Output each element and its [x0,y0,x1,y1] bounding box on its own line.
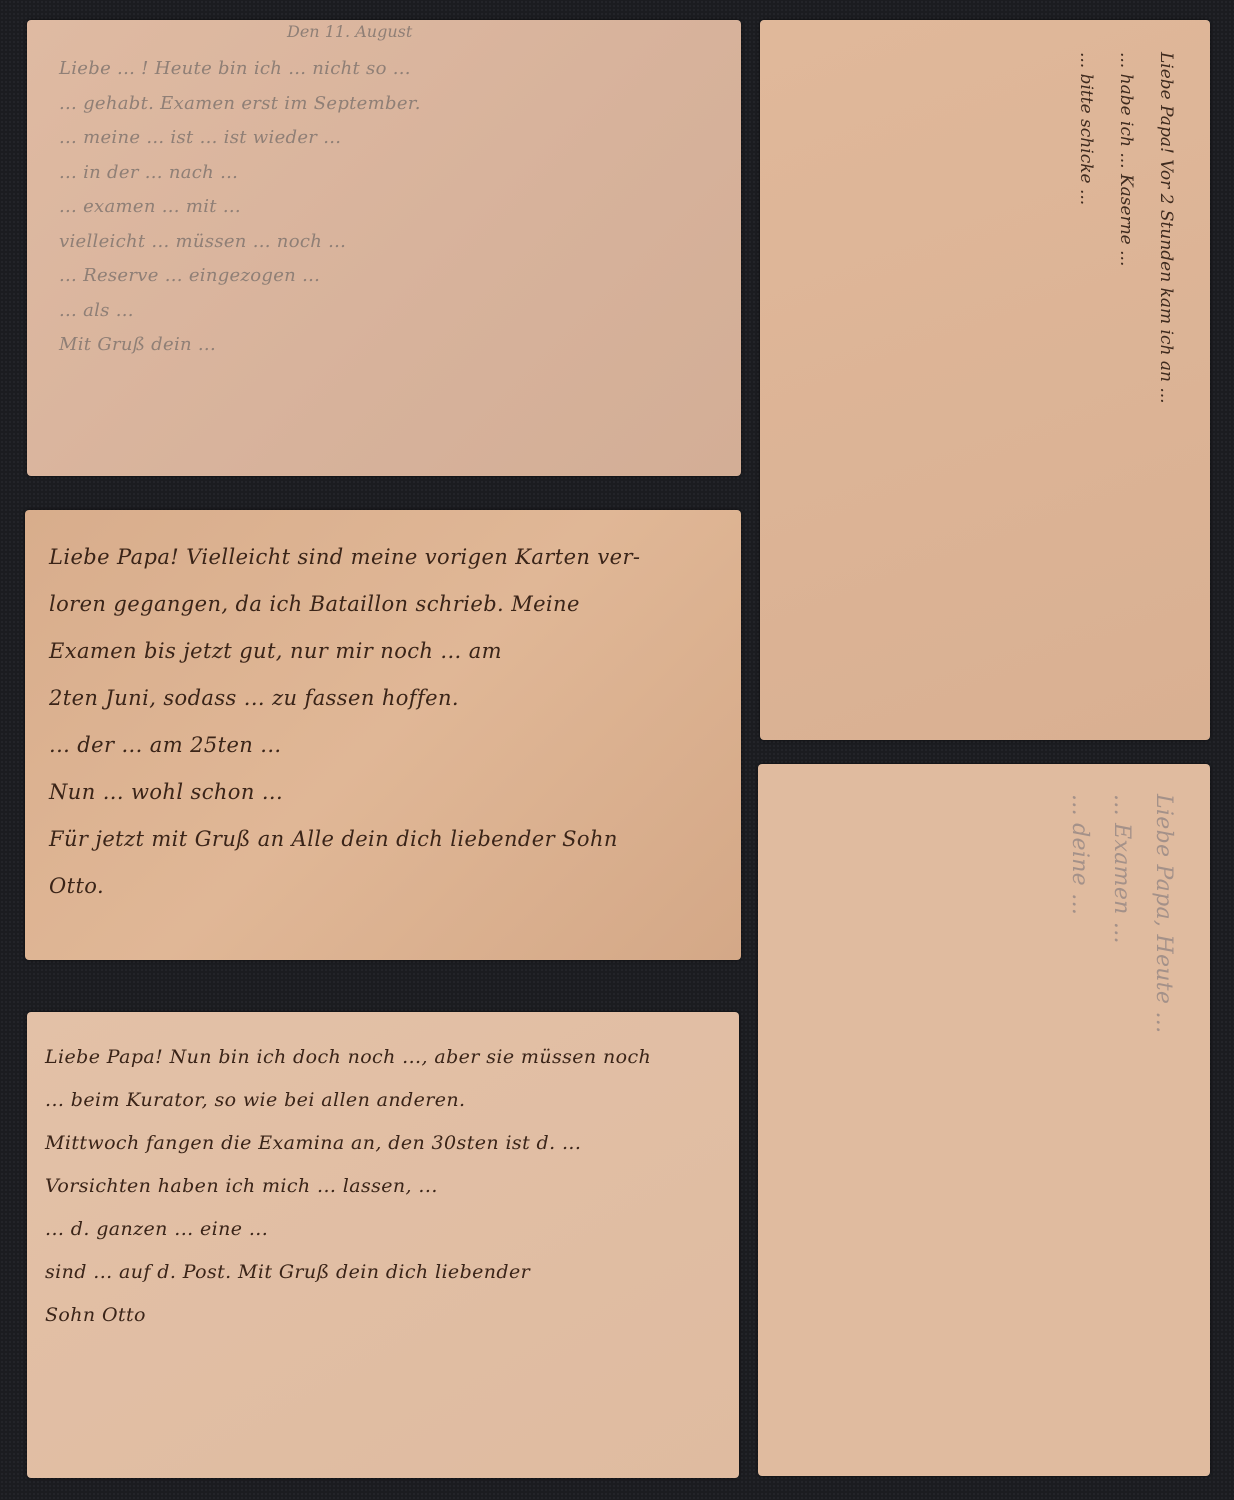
postcard-handwriting: Liebe ... ! Heute bin ich ... nicht so .… [27,38,741,476]
postcard-handwriting: Liebe Papa! Vor 2 Stunden kam ich an ...… [770,32,1200,732]
postcard-top-left: Den 11. August Liebe ... ! Heute bin ich… [27,20,741,476]
postcard-handwriting: Liebe Papa! Nun bin ich doch noch ..., a… [27,1022,739,1478]
postcard-top-right: Liebe Papa! Vor 2 Stunden kam ich an ...… [760,20,1210,740]
postcard-middle-left: Liebe Papa! Vielleicht sind meine vorige… [25,510,741,960]
postcard-bottom-right: Liebe Papa, Heute ... ... Examen ... ...… [758,764,1210,1476]
postcard-handwriting: Liebe Papa! Vielleicht sind meine vorige… [25,520,741,960]
postcard-handwriting: Liebe Papa, Heute ... ... Examen ... ...… [768,774,1198,1474]
postcard-bottom-left: Liebe Papa! Nun bin ich doch noch ..., a… [27,1012,739,1478]
